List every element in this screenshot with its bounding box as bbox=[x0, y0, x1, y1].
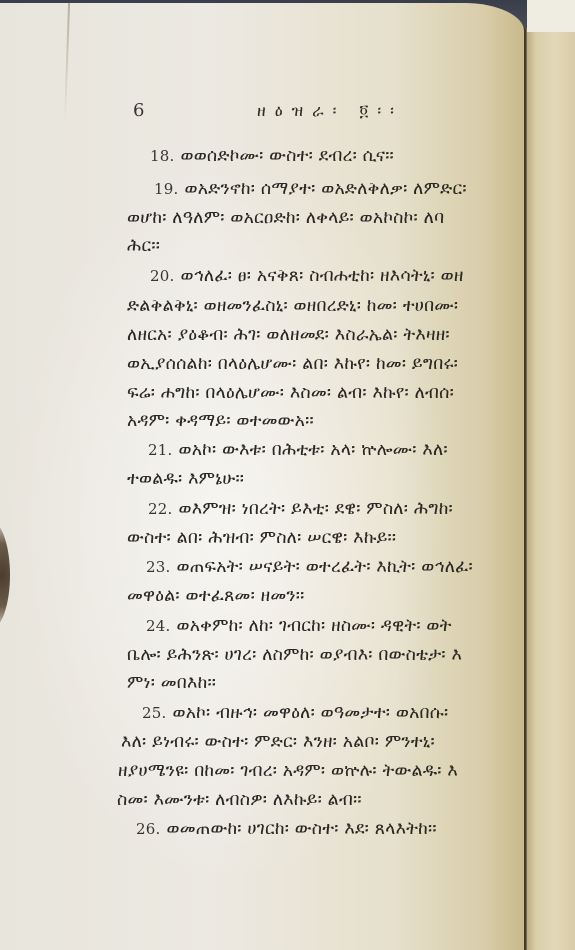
background-card bbox=[527, 0, 575, 34]
next-page-edge bbox=[526, 32, 575, 950]
verse-25-line-2: እለ፡ ይነብሩ፡ ውስተ፡ ምድር፡ እንዘ፡ አልቦ፡ ምንተኒ፡ bbox=[121, 732, 435, 752]
verse-20-line-6: አዳም፡ ቀዳማይ፡ ወተመውአ፡፡ bbox=[127, 411, 314, 431]
verse-20-line-1: 20.ወኅለፈ፡ ፀ፡ አናቅጸ፡ ስብሐቲከ፡ ዘእሳትኒ፡ ወዘ bbox=[150, 266, 464, 286]
verse-22-line-2: ውስተ፡ ልበ፡ ሕዝብ፡ ምስለ፡ ሠርዌ፡ እኩይ፡፡ bbox=[127, 528, 396, 548]
verse-22-line-1: 22.ወእምዝ፡ ነበረት፡ ይእቲ፡ ደዌ፡ ምስለ፡ ሕግከ፡ bbox=[148, 499, 453, 519]
page-number: 6 bbox=[133, 100, 144, 121]
verse-25-line-1: 25.ወአኮ፡ ብዙኅ፡ መዋዕለ፡ ወዓመታተ፡ ወአበሱ፡ bbox=[142, 703, 448, 723]
verse-number: 22. bbox=[148, 500, 172, 518]
verse-number: 24. bbox=[146, 617, 170, 635]
verse-21-line-2: ተወልዱ፡ እምኔሁ፡፡ bbox=[127, 469, 244, 489]
verse-24-line-2: ቤሎ፡ ይሕንጽ፡ ሀገረ፡ ለስምከ፡ ወያብእ፡ በውስቴታ፡ እ bbox=[127, 645, 462, 665]
verse-26-line-1: 26.ወመጠውከ፡ ሀገርከ፡ ውስተ፡ እደ፡ ጸላእትከ፡፡ bbox=[136, 819, 437, 839]
verse-19-line-3: ሕር፡፡ bbox=[127, 236, 160, 256]
verse-text: ወእምዝ፡ ነበረት፡ ይእቲ፡ ደዌ፡ ምስለ፡ ሕግከ፡ bbox=[178, 499, 452, 519]
verse-20-line-5: ፍሬ፡ ሐግከ፡ በላዕሌሆሙ፡ እስመ፡ ልብ፡ እኩየ፡ ለብሰ፡ bbox=[127, 383, 454, 403]
verse-21-line-1: 21.ወአኮ፡ ውእቱ፡ በሕቲቱ፡ አላ፡ ኵሎሙ፡ እለ፡ bbox=[148, 440, 448, 460]
verse-20-line-2: ድልቅልቅኒ፡ ወዘመንፈስኒ፡ ወዘበረድኒ፡ ከመ፡ ተሀበሙ፡ bbox=[127, 296, 458, 316]
verse-24-line-1: 24.ወአቀምከ፡ ለከ፡ ገብርከ፡ ዘስሙ፡ ዳዊት፡ ወት bbox=[146, 616, 452, 636]
verse-19-line-1: 19.ወአድንኖከ፡ ሰማያተ፡ ወአድለቅለቃ፡ ለምድር፡ bbox=[154, 179, 467, 199]
verse-text: ወአቀምከ፡ ለከ፡ ገብርከ፡ ዘስሙ፡ ዳዊት፡ ወት bbox=[176, 616, 451, 636]
verse-23-line-1: 23.ወጠፍአት፡ ሠናይት፡ ወተረፈት፡ እኪት፡ ወኅለፈ፡ bbox=[146, 557, 473, 577]
verse-19-line-2: ወሆከ፡ ለዓለም፡ ወአርዐድከ፡ ለቀላይ፡ ወአኮስኮ፡ ለባ bbox=[127, 208, 444, 228]
verse-text: ወአኮ፡ ውእቱ፡ በሕቲቱ፡ አላ፡ ኵሎሙ፡ እለ፡ bbox=[178, 440, 447, 460]
verse-20-line-3: ለዘርአ፡ ያዕቆብ፡ ሕገ፡ ወለዘመደ፡ እስራኤል፡ ትእዛዘ፡ bbox=[127, 325, 450, 345]
verse-text: ወአድንኖከ፡ ሰማያተ፡ ወአድለቅለቃ፡ ለምድር፡ bbox=[184, 179, 466, 199]
verse-25-line-3: ዘያሀሜንዩ፡ በከመ፡ ገብረ፡ አዳም፡ ወኵሉ፡ ትውልዱ፡ እ bbox=[118, 761, 458, 781]
verse-text: ወመጠውከ፡ ሀገርከ፡ ውስተ፡ እደ፡ ጸላእትከ፡፡ bbox=[166, 819, 436, 839]
verse-number: 21. bbox=[148, 441, 172, 459]
verse-number: 19. bbox=[154, 180, 178, 198]
verse-text: ወአኮ፡ ብዙኅ፡ መዋዕለ፡ ወዓመታተ፡ ወአበሱ፡ bbox=[172, 703, 448, 723]
verse-number: 26. bbox=[136, 820, 160, 838]
verse-text: ወኅለፈ፡ ፀ፡ አናቅጸ፡ ስብሐቲከ፡ ዘእሳትኒ፡ ወዘ bbox=[180, 266, 463, 286]
verse-25-line-4: ስመ፡ እሙንቱ፡ ለብስዎ፡ ለእኩይ፡ ልብ፡፡ bbox=[117, 790, 362, 810]
verse-text: ወወሰድኮሙ፡ ውስተ፡ ደብረ፡ ሲና፡፡ bbox=[180, 146, 393, 166]
page-text: 6 ዘዕዝራ፡ ፬፡፡ 18.ወወሰድኮሙ፡ ውስተ፡ ደብረ፡ ሲና፡፡ 19… bbox=[0, 0, 524, 950]
verse-24-line-3: ምነ፡ መበእከ፡፡ bbox=[127, 673, 216, 693]
verse-number: 23. bbox=[146, 558, 170, 576]
verse-23-line-2: መዋዕል፡ ወተፈጸመ፡ ዘመን፡፡ bbox=[127, 586, 304, 606]
verse-18-line-1: 18.ወወሰድኮሙ፡ ውስተ፡ ደብረ፡ ሲና፡፡ bbox=[150, 146, 394, 166]
verse-text: ወጠፍአት፡ ሠናይት፡ ወተረፈት፡ እኪት፡ ወኅለፈ፡ bbox=[176, 557, 472, 577]
verse-20-line-4: ወኢያሰሰልከ፡ በላዕሌሆሙ፡ ልበ፡ እኩየ፡ ከመ፡ ይግበሩ፡ bbox=[127, 354, 458, 374]
verse-number: 25. bbox=[142, 704, 166, 722]
verse-number: 20. bbox=[150, 267, 174, 285]
verse-number: 18. bbox=[150, 147, 174, 165]
running-head: ዘዕዝራ፡ ፬፡፡ bbox=[257, 101, 403, 121]
